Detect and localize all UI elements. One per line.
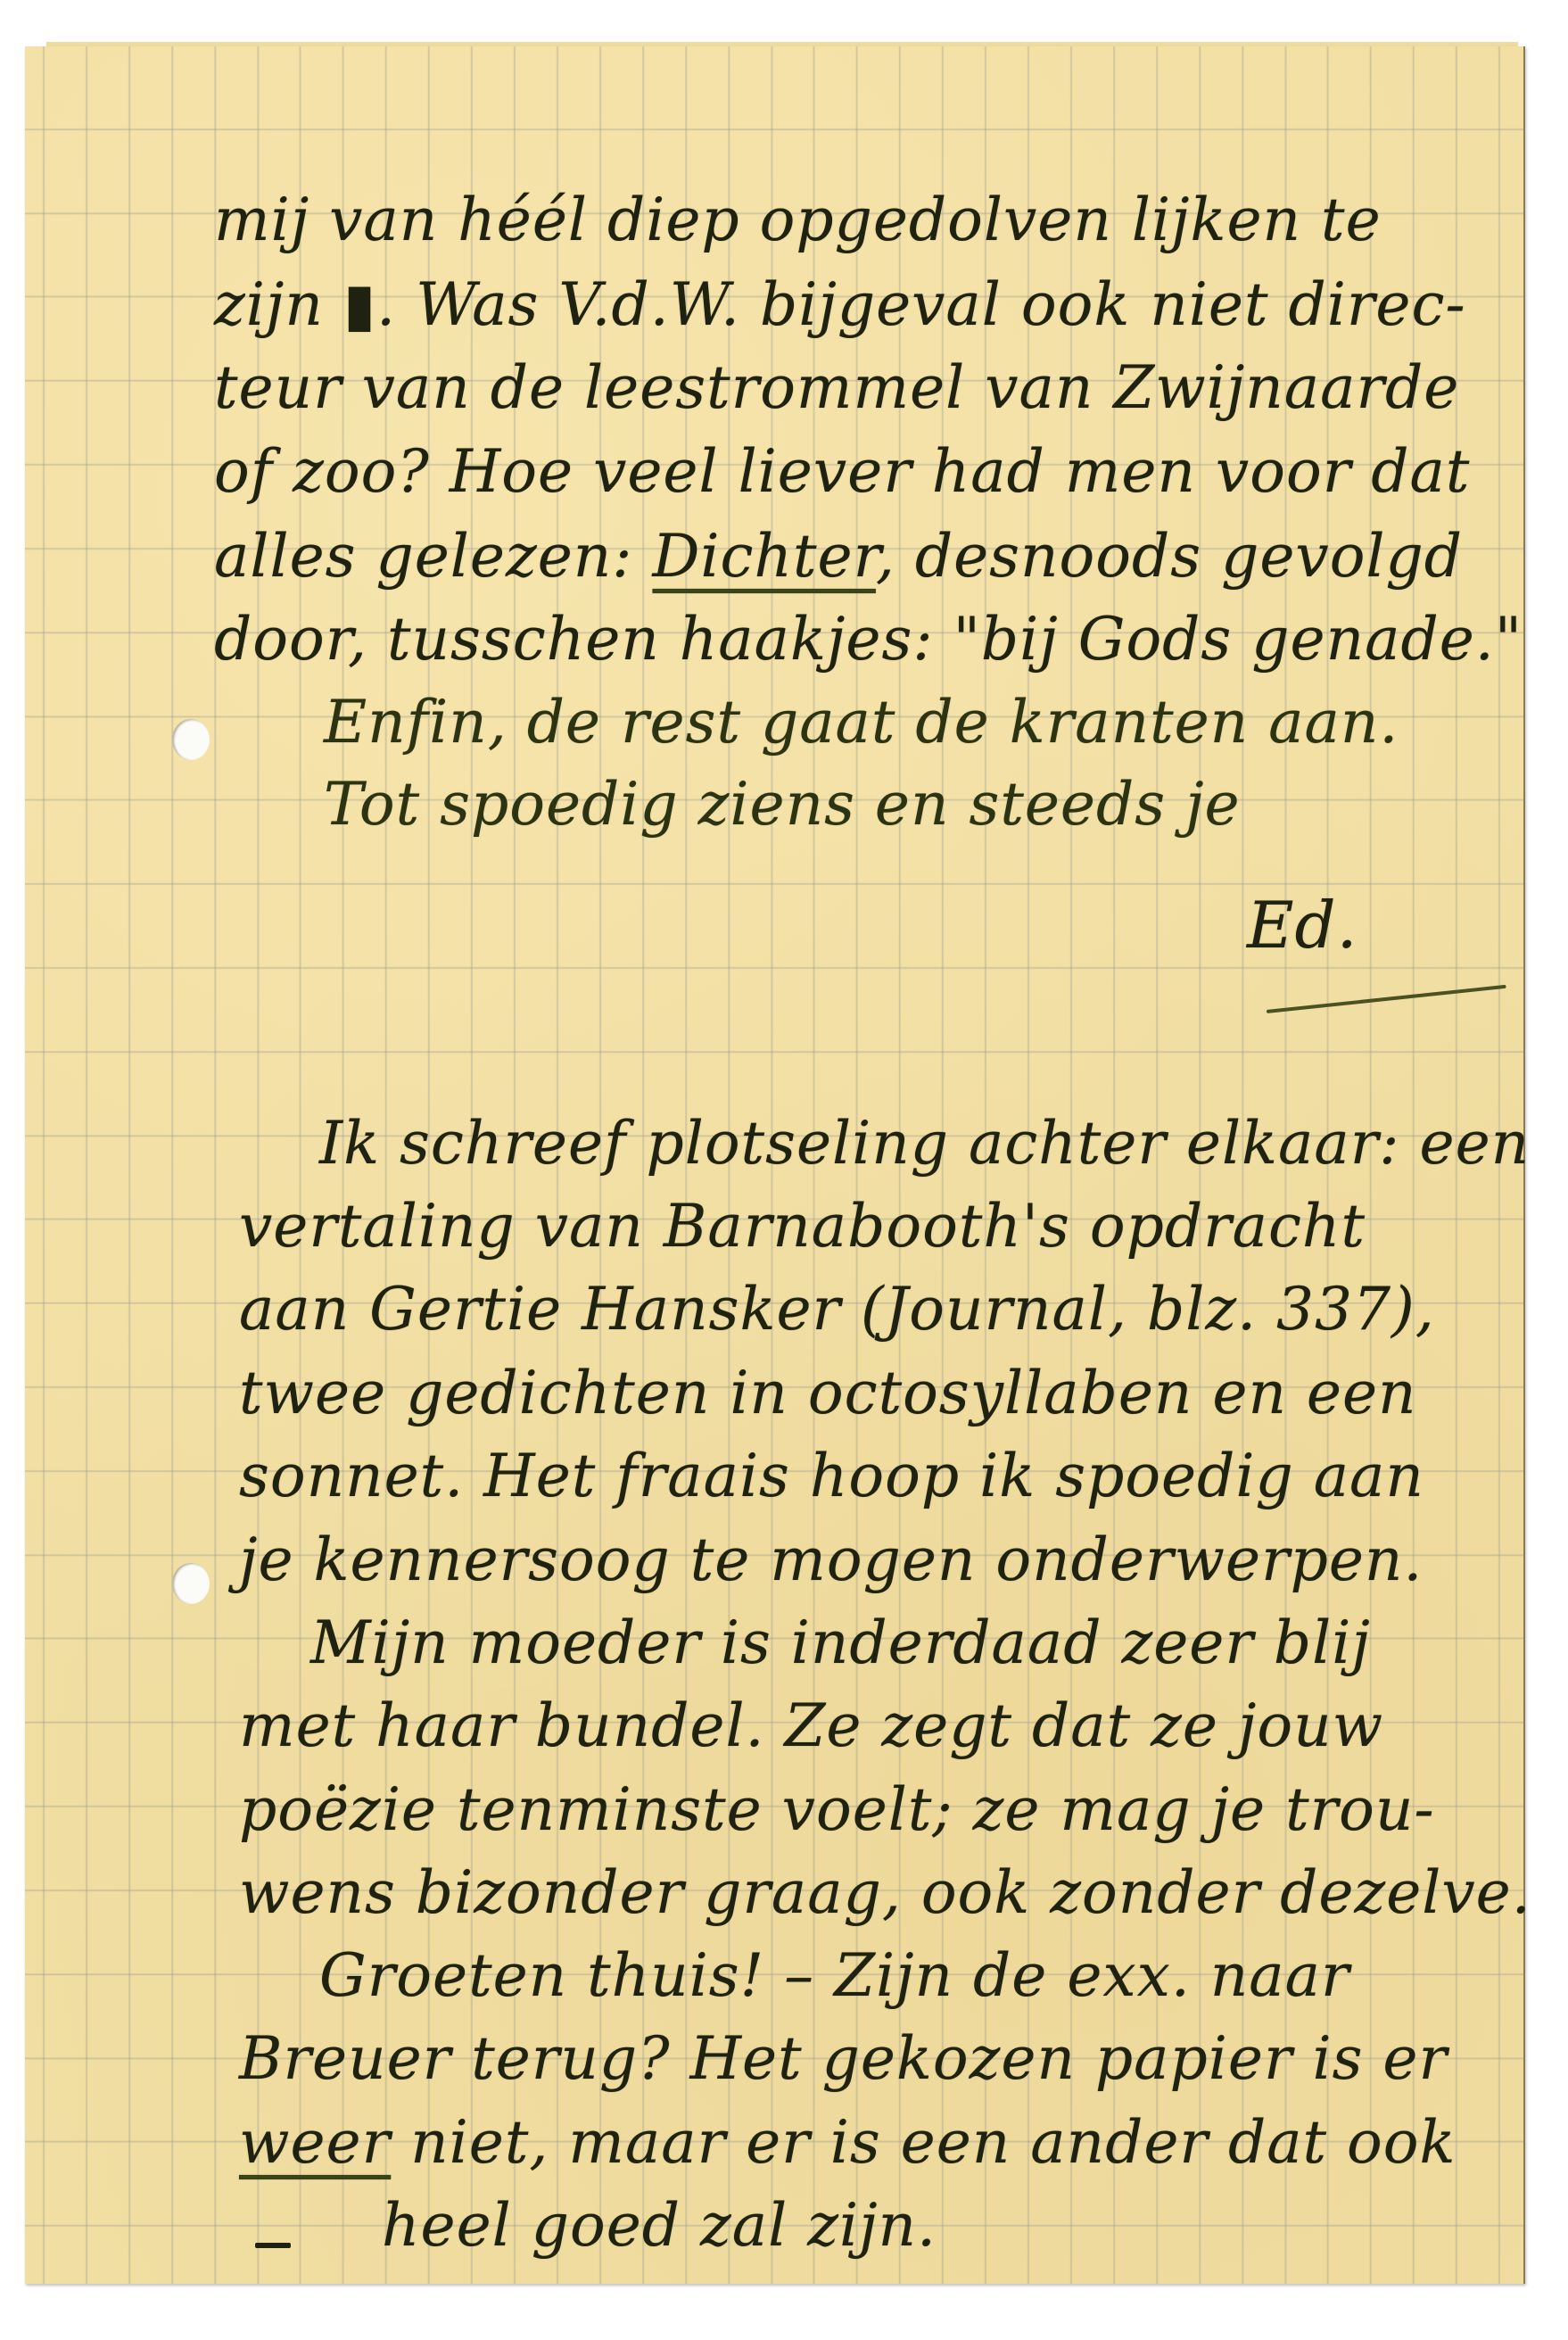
signature: Ed. (1247, 889, 1358, 961)
punch-hole-bottom (172, 1563, 210, 1604)
closing-line: Enfin, de rest gaat de kranten aan. (324, 687, 1399, 758)
postscript-line: aan Gertie Hansker (Journal, blz. 337), (239, 1274, 1435, 1345)
line-text: , desnoods gevolgd (876, 522, 1463, 591)
underlined-word-weer: weer (239, 2108, 391, 2177)
letter-line: teur van de leestrommel van Zwijnaarde (214, 352, 1459, 424)
signature-underline (1267, 985, 1506, 1013)
letter-line: zijn ▮. Was V.d.W. bijgeval ook niet dir… (214, 269, 1466, 341)
letter-line: door, tusschen haakjes: "bij Gods genade… (214, 604, 1523, 675)
letter-line: of zoo? Hoe veel liever had men voor dat (214, 436, 1470, 508)
postscript-line: twee gedichten in octosyllaben en een (239, 1358, 1417, 1429)
letter-line: alles gelezen: Dichter, desnoods gevolgd (214, 521, 1463, 592)
postscript-line: Mijn moeder is inderdaad zeer blij (310, 1608, 1371, 1679)
line-text: niet, maar er is een ander dat ook (391, 2108, 1456, 2177)
letter-line: mij van héél diep opgedolven lijken te (214, 185, 1382, 256)
postscript-line: je kennersoog te mogen onderwerpen. (239, 1525, 1423, 1596)
postscript-line: poëzie tenminste voelt; ze mag je trou- (239, 1774, 1435, 1846)
postscript-line: heel goed zal zijn. (382, 2190, 937, 2261)
dash-mark (255, 2243, 291, 2248)
underlined-word-dichter: Dichter (653, 522, 876, 591)
postscript-line: Groeten thuis! – Zijn de exx. naar (319, 1940, 1350, 2012)
postscript-line: wens bizonder graag, ook zonder dezelve. (239, 1857, 1531, 1929)
closing-line: Tot spoedig ziens en steeds je (324, 769, 1241, 840)
postscript-line: vertaling van Barnabooth's opdracht (239, 1191, 1366, 1262)
postscript-line: Ik schreef plotseling achter elkaar: een (319, 1108, 1530, 1179)
postscript-line: Breuer terug? Het gekozen papier is er (239, 2023, 1448, 2095)
letter-page: mij van héél diep opgedolven lijken te z… (25, 46, 1525, 2284)
postscript-line: weer niet, maar er is een ander dat ook (239, 2107, 1457, 2179)
line-text: alles gelezen: (214, 522, 653, 591)
punch-hole-top (172, 719, 210, 760)
postscript-line: met haar bundel. Ze zegt dat ze jouw (239, 1691, 1383, 1762)
postscript-line: sonnet. Het fraais hoop ik spoedig aan (239, 1441, 1424, 1512)
